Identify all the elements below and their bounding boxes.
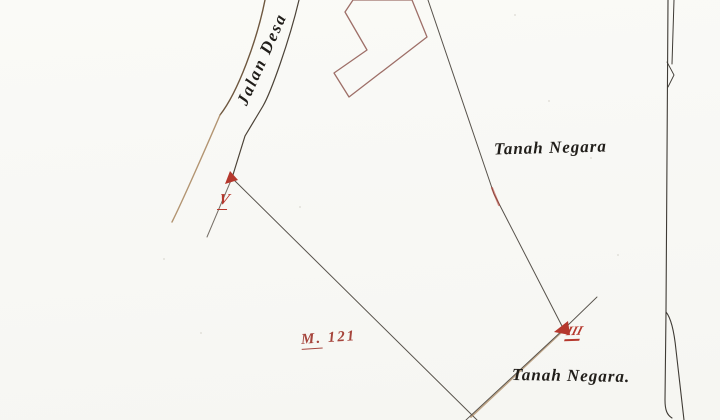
parcel-number: 121: [327, 328, 357, 346]
road-left-edge-lower: [172, 115, 220, 222]
parcel-prefix: M.: [300, 330, 322, 349]
building-outline: [334, 0, 427, 97]
boundary-tick-icon: [492, 188, 499, 205]
sheet-border-wedge: [672, 0, 674, 64]
survey-map-drawing: [0, 0, 720, 420]
state-land-label-lower: Tanah Negara.: [512, 366, 630, 387]
boundary-line-south: [466, 297, 597, 420]
state-land-label-upper: Tanah Negara: [494, 138, 607, 160]
sheet-border-main: [665, 0, 672, 418]
boundary-line-southwest: [232, 178, 477, 420]
sheet-border-branch: [666, 312, 684, 420]
survey-map-sheet: Jalan Desa Tanah Negara Tanah Negara. M.…: [0, 0, 720, 420]
boundary-line-east: [428, 0, 563, 328]
